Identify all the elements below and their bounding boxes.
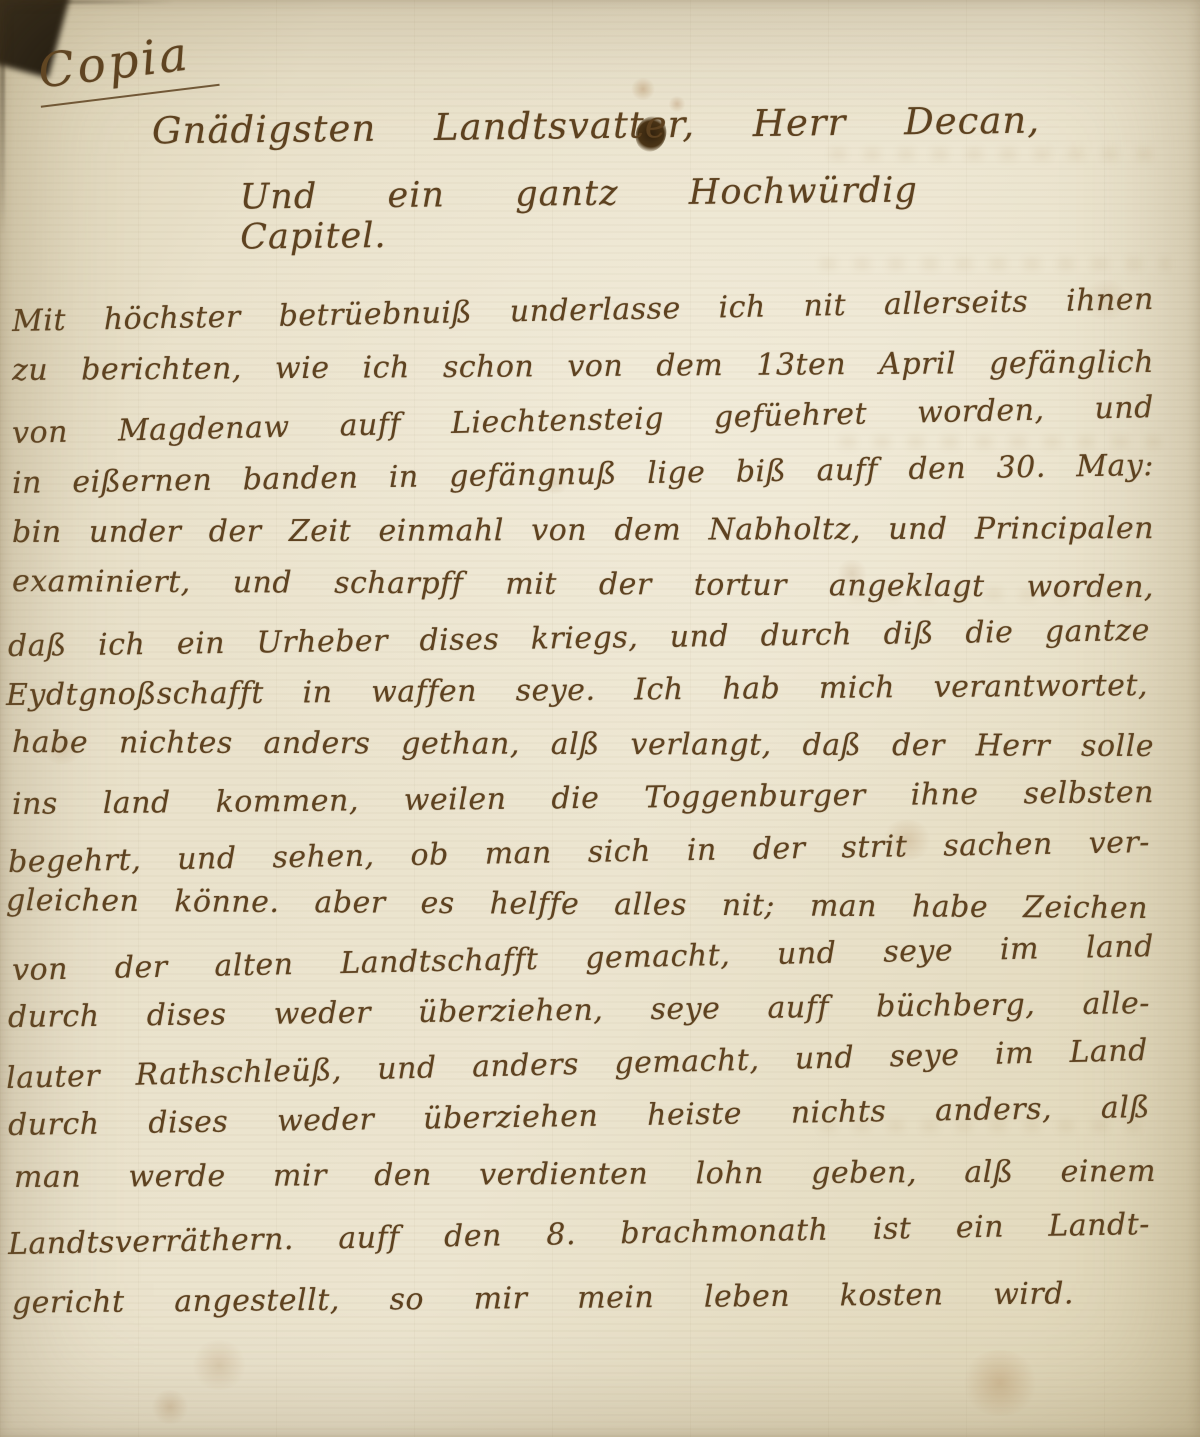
body-line: Eydtgnoßschafft in waffen seye. Ich hab …	[6, 663, 1148, 719]
salutation-line-2: Und ein gantz Hochwürdig Capitel.	[240, 170, 919, 257]
body-line: Mit höchster betrüebnuiß underlasse ich …	[12, 277, 1155, 345]
paper-stain	[960, 1350, 1040, 1416]
body-line: Landtsverräthern. auff den 8. brachmonat…	[8, 1202, 1151, 1268]
body-line: daß ich ein Urheber dises kriegs, und du…	[8, 608, 1151, 670]
body-line: bin under der Zeit einmahl von dem Nabho…	[12, 506, 1154, 556]
paper-stain	[190, 1340, 248, 1390]
page-edge-shadow-left	[0, 0, 5, 235]
body-line: begehrt, und sehen, ob man sich in der s…	[8, 820, 1151, 886]
body-line: ins land kommen, weilen die Toggenburger…	[12, 770, 1154, 828]
body-line: habe nichtes anders gethan, alß verlangt…	[12, 720, 1154, 770]
page-edge-shadow-top	[0, 0, 175, 4]
body-line: gericht angestellt, so mir mein leben ko…	[12, 1271, 1074, 1326]
body-line: zu berichten, wie ich schon von dem 13te…	[12, 340, 1154, 394]
copia-annotation: Copia	[33, 23, 219, 100]
body-line: man werde mir den verdienten lohn geben,…	[14, 1149, 1156, 1201]
manuscript-page: Copia Gnädigsten Landtsvatter, Herr Deca…	[0, 0, 1200, 1437]
paper-stain	[630, 78, 656, 100]
salutation-line-1: Gnädigsten Landtsvatter, Herr Decan,	[152, 99, 1040, 153]
body-line: gleichen könne. aber es helffe alles nit…	[6, 878, 1148, 932]
verso-show-through	[820, 258, 1170, 270]
verso-show-through	[830, 148, 1160, 160]
paper-stain	[150, 1390, 190, 1424]
body-line: examiniert, und scharpff mit der tortur …	[12, 559, 1154, 611]
copia-label: Copia	[33, 23, 220, 108]
